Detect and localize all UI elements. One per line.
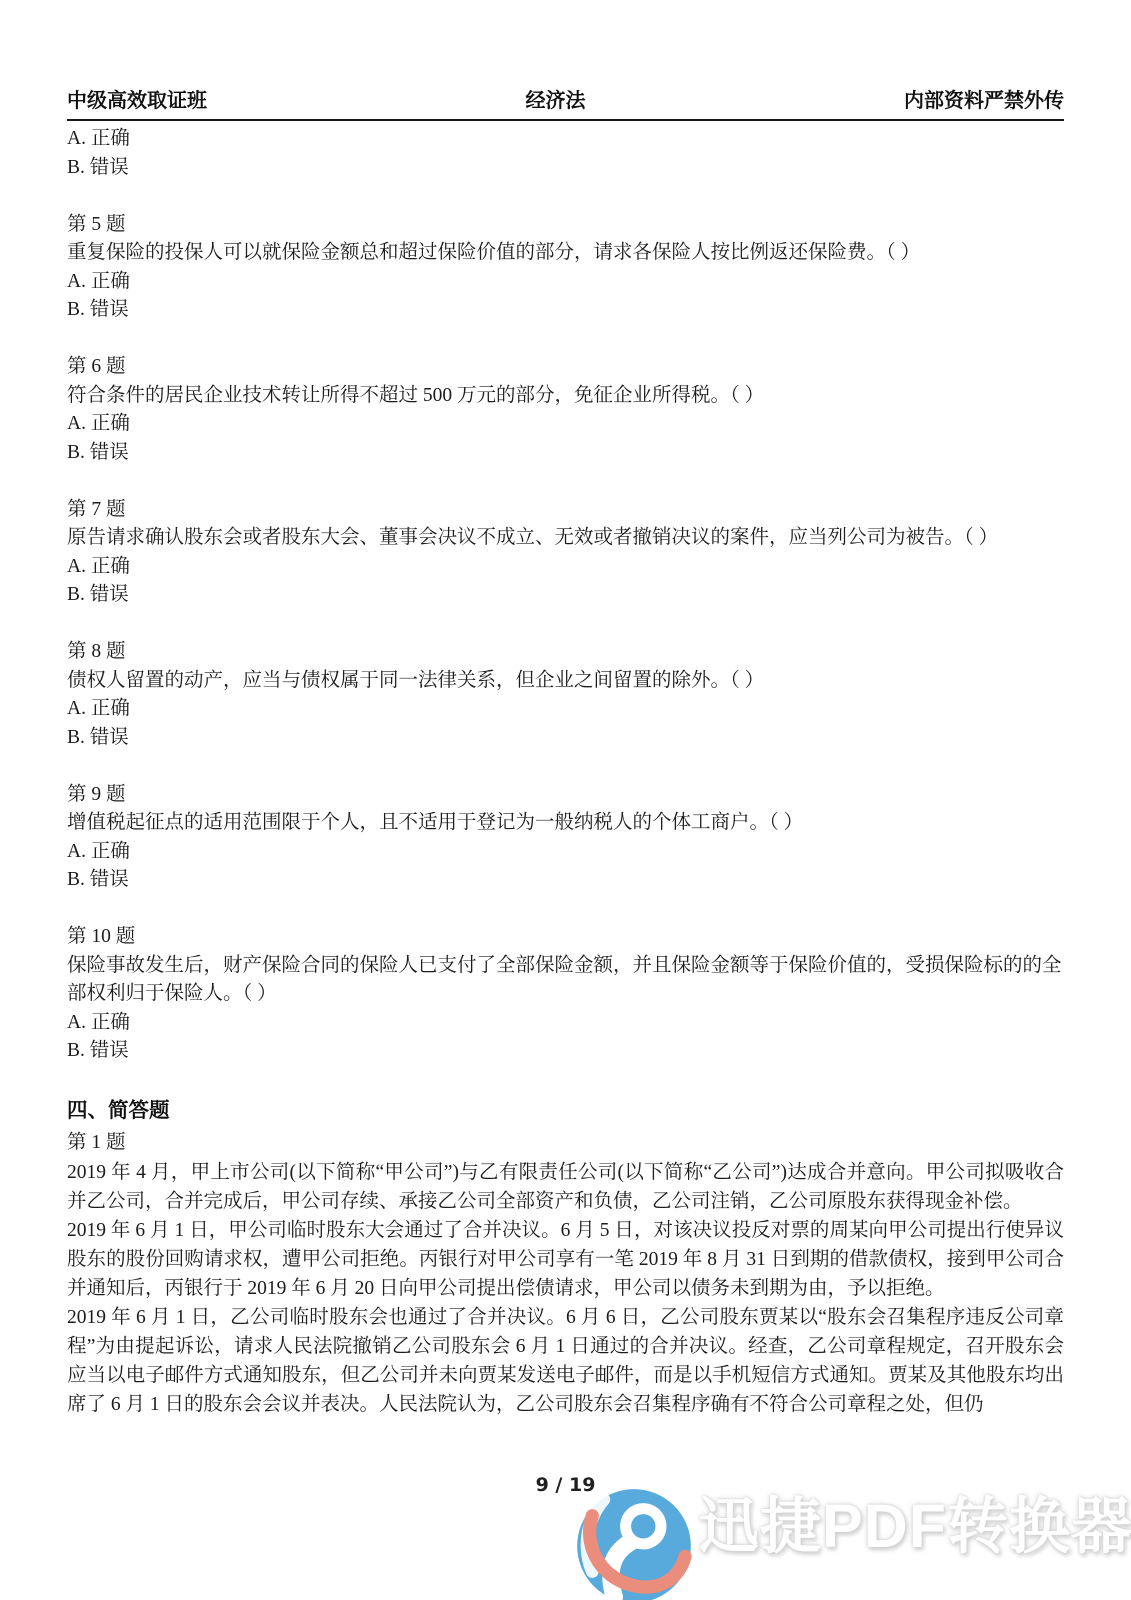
question4-options: A. 正确 B. 错误 bbox=[67, 121, 1064, 182]
question-block-8: 第 8 题 债权人留置的动产，应当与债权属于同一法律关系，但企业之间留置的除外。… bbox=[67, 638, 1064, 752]
question-number: 第 5 题 bbox=[67, 211, 1064, 240]
question-block-5: 第 5 题 重复保险的投保人可以就保险金额总和超过保险价值的部分，请求各保险人按… bbox=[67, 211, 1064, 325]
option-b: B. 错误 bbox=[67, 581, 1064, 610]
watermark: 迅捷PDF转换器 bbox=[576, 1488, 1131, 1600]
option-b: B. 错误 bbox=[67, 154, 1064, 183]
question-number: 第 10 题 bbox=[67, 923, 1064, 952]
option-a: A. 正确 bbox=[67, 695, 1064, 724]
question-block-9: 第 9 题 增值税起征点的适用范围限于个人，且不适用于登记为一般纳税人的个体工商… bbox=[67, 781, 1064, 895]
option-a: A. 正确 bbox=[67, 838, 1064, 867]
question-text: 原告请求确认股东会或者股东大会、董事会决议不成立、无效或者撤销决议的案件，应当列… bbox=[67, 524, 1064, 553]
option-a: A. 正确 bbox=[67, 1009, 1064, 1038]
header-subject-title: 经济法 bbox=[526, 84, 586, 113]
essay-question-number: 第 1 题 bbox=[67, 1127, 1064, 1158]
watermark-text: 迅捷PDF转换器 bbox=[698, 1496, 1131, 1557]
question-block-6: 第 6 题 符合条件的居民企业技术转让所得不超过 500 万元的部分，免征企业所… bbox=[67, 353, 1064, 467]
header-confidential-notice: 内部资料严禁外传 bbox=[904, 84, 1064, 113]
option-a: A. 正确 bbox=[67, 268, 1064, 297]
header-course-label: 中级高效取证班 bbox=[67, 84, 207, 113]
section-heading-short-answer: 四、简答题 bbox=[67, 1094, 1064, 1127]
option-b: B. 错误 bbox=[67, 1037, 1064, 1066]
page-header: 中级高效取证班 经济法 内部资料严禁外传 bbox=[67, 84, 1064, 121]
option-b: B. 错误 bbox=[67, 439, 1064, 468]
question-number: 第 9 题 bbox=[67, 781, 1064, 810]
page-number: 9 / 19 bbox=[0, 1474, 1131, 1496]
question-number: 第 7 题 bbox=[67, 496, 1064, 525]
question-number: 第 8 题 bbox=[67, 638, 1064, 667]
option-a: A. 正确 bbox=[67, 553, 1064, 582]
option-b: B. 错误 bbox=[67, 866, 1064, 895]
option-a: A. 正确 bbox=[67, 125, 1064, 154]
essay-paragraph: 2019 年 6 月 1 日，乙公司临时股东会也通过了合并决议。6 月 6 日，… bbox=[67, 1303, 1064, 1419]
question-number: 第 6 题 bbox=[67, 353, 1064, 382]
pdf-converter-logo-icon bbox=[576, 1488, 692, 1600]
question-text: 债权人留置的动产，应当与债权属于同一法律关系，但企业之间留置的除外。（ ） bbox=[67, 667, 1064, 696]
question-text: 保险事故发生后，财产保险合同的保险人已支付了全部保险金额，并且保险金额等于保险价… bbox=[67, 952, 1064, 1009]
document-page: 中级高效取证班 经济法 内部资料严禁外传 A. 正确 B. 错误 第 5 题 重… bbox=[0, 0, 1131, 1600]
question-text: 增值税起征点的适用范围限于个人，且不适用于登记为一般纳税人的个体工商户。（ ） bbox=[67, 809, 1064, 838]
question-text: 重复保险的投保人可以就保险金额总和超过保险价值的部分，请求各保险人按比例返还保险… bbox=[67, 239, 1064, 268]
essay-paragraph: 2019 年 4 月，甲上市公司(以下简称“甲公司”)与乙有限责任公司(以下简称… bbox=[67, 1158, 1064, 1216]
question-block-7: 第 7 题 原告请求确认股东会或者股东大会、董事会决议不成立、无效或者撤销决议的… bbox=[67, 496, 1064, 610]
question-block-10: 第 10 题 保险事故发生后，财产保险合同的保险人已支付了全部保险金额，并且保险… bbox=[67, 923, 1064, 1066]
option-a: A. 正确 bbox=[67, 410, 1064, 439]
question-text: 符合条件的居民企业技术转让所得不超过 500 万元的部分，免征企业所得税。（ ） bbox=[67, 382, 1064, 411]
option-b: B. 错误 bbox=[67, 296, 1064, 325]
option-b: B. 错误 bbox=[67, 724, 1064, 753]
essay-paragraph: 2019 年 6 月 1 日，甲公司临时股东大会通过了合并决议。6 月 5 日，… bbox=[67, 1216, 1064, 1303]
